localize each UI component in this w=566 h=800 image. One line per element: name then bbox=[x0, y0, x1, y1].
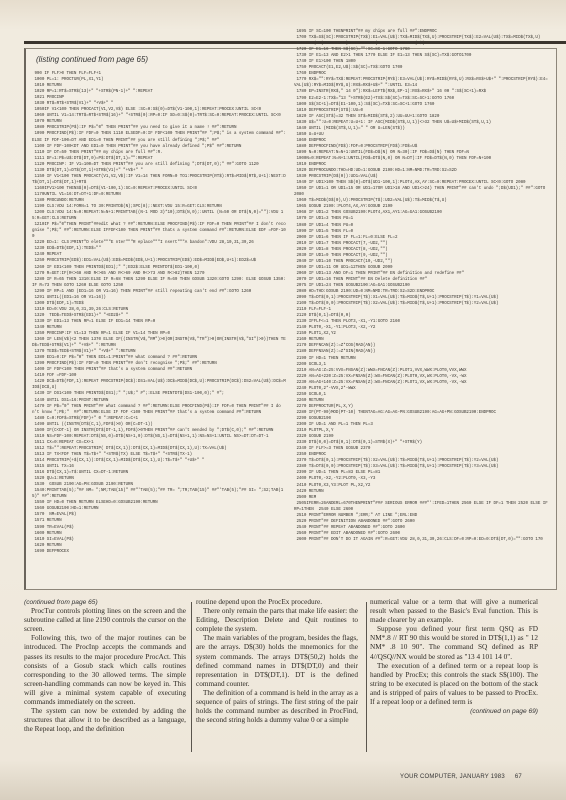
listing-line: 1770 RX$="":RY$=TX$:REPEAT:PROCSTRIP(RY$… bbox=[294, 77, 548, 89]
paragraph: Suppose you defined your first term QSQ … bbox=[370, 625, 538, 661]
article-body: (continued from page 65) ProcTur control… bbox=[24, 598, 554, 768]
listing-line: 1280 IF R=65 THEN 1310:ELSE IF R=68 THEN… bbox=[32, 277, 286, 289]
magazine-page: (listing continued from page 65) 990 IF … bbox=[0, 0, 566, 800]
listing-line: 1420 DC$=DT$(FDF,1):REPEAT PROCSTRIP(DC$… bbox=[32, 379, 286, 391]
listing-line: 1210IF P$="0"THEN PRINT"##edit what ? ##… bbox=[32, 222, 286, 240]
listing-line: 2600 PRINT"## DON'T DO IT AGAIN ##":R=GE… bbox=[294, 537, 548, 543]
listing-line: 1060 UNTIL V1=14:TRT$=RT$+STR$(16)+" "+S… bbox=[32, 113, 286, 119]
paragraph: There only remain the parts that make li… bbox=[196, 607, 358, 634]
paragraph: The main variables of the program, besid… bbox=[196, 634, 358, 689]
column-paragraphs: numerical value or a term that will give… bbox=[370, 598, 538, 707]
listing-line: 1690 DEFPROCEX bbox=[32, 549, 286, 555]
article-column-3: numerical value or a term that will give… bbox=[370, 598, 538, 716]
page-footer: YOUR COMPUTER, JANUARY 198367 bbox=[400, 774, 522, 780]
listing-line: 1540:PRINTTAB(5);"## NM= ";NM;TAB(15)" #… bbox=[32, 488, 286, 500]
page-number: 67 bbox=[515, 774, 522, 780]
listing-line: 1090 PROCFIND(P$):IF FDF=0 THEN 1110 ELS… bbox=[32, 131, 286, 143]
paragraph: ProcTur controls plotting lines on the s… bbox=[24, 607, 186, 634]
article-column-1: (continued from page 65) ProcTur control… bbox=[24, 598, 186, 734]
listing-heading: (listing continued from page 65) bbox=[36, 55, 148, 64]
paragraph: numerical value or a term that will give… bbox=[370, 598, 538, 625]
column-paragraphs: routine depend upon the ProcEx procedure… bbox=[196, 598, 358, 725]
listing-column-right: 1695 IF SC=100 THENPRINT"## my chips are… bbox=[294, 29, 548, 543]
listing-line: 1250 PROCSTRIP(ED$):ED1=VAL(U$):ED$=MID$… bbox=[32, 258, 286, 264]
listing-line: 1150 IF V1<100 THEN PROCACT(V1,V2,V$):IF… bbox=[32, 174, 286, 186]
listing-line: 1200 CLS:VDU 14:N=0:REPEAT:N=N+1:PRINTTA… bbox=[32, 210, 286, 222]
paragraph: The definition of a command is held in t… bbox=[196, 689, 358, 725]
listing-line: 1950 IF UD1=1 OR UD1=15 OR UD1=17OR UD1>… bbox=[294, 186, 548, 198]
paragraph: The execution of a defined term or a rep… bbox=[370, 662, 538, 707]
paragraph: routine depend upon the ProcEx procedure… bbox=[196, 598, 358, 607]
continued-on-note: (continued on page 69) bbox=[370, 707, 538, 716]
listing-line: 2505IFERR=26ANDERL=670THENPRINT"### SERI… bbox=[294, 501, 548, 513]
continued-from-note: (continued from page 65) bbox=[24, 598, 186, 607]
listing-column-left: 990 IF FLF>0 THEN FLF=FLF+1 1000 PL=1: P… bbox=[32, 71, 286, 555]
program-listing-box: (listing continued from page 65) 990 IF … bbox=[24, 48, 557, 590]
publication-name: YOUR COMPUTER, JANUARY 1983 bbox=[400, 774, 505, 780]
column-paragraphs: ProcTur controls plotting lines on the s… bbox=[24, 607, 186, 734]
listing-line: 1470 IF P$="0" THEN PRINT"## what comman… bbox=[32, 404, 286, 416]
article-column-2: routine depend upon the ProcEx procedure… bbox=[196, 598, 358, 725]
listing-line: 1500 IF(C<DT-1) OR INSTR(DT$(DT-1,1),FDF… bbox=[32, 428, 286, 434]
listing-line: 1290 IF RP=1 AND (ED1=16 OR V1=16) THEN … bbox=[32, 289, 286, 295]
paragraph: The system can now be extended by adding… bbox=[24, 707, 186, 734]
listing-line: 1120 PROCINP: IF V1=100=DT THEN PRINT"##… bbox=[32, 162, 286, 168]
paragraph: Following this, two of the major routine… bbox=[24, 634, 186, 707]
listing-line: 1510 NS=FDF-100:REPEAT:DT$(NS,0)=DT$(NS+… bbox=[32, 434, 286, 440]
listing-line: 1360 IF LEN(V$)<2 THEN 1370 ELSE IF((INS… bbox=[32, 337, 286, 349]
